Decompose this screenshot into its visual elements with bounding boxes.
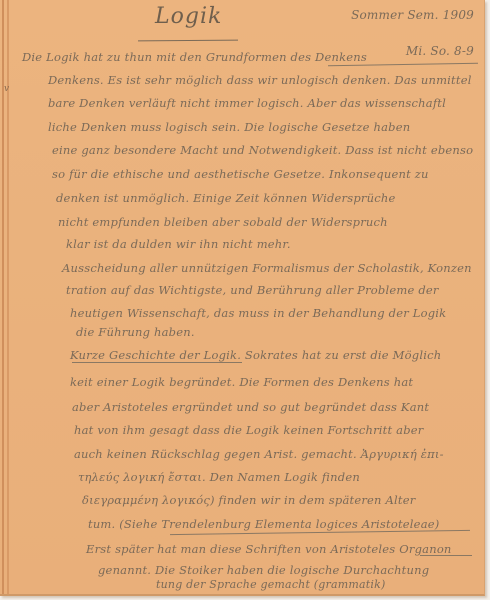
text-line: Kurze Geschichte der Logik. Sokrates hat…	[70, 348, 441, 362]
organon-underline	[420, 555, 472, 556]
text-line: τηλεύς λογική ἔσται. Den Namen Logik fin…	[78, 470, 360, 484]
text-line: eine ganz besondere Macht und Notwendigk…	[52, 143, 473, 157]
text-line: Denkens. Es ist sehr möglich dass wir un…	[48, 73, 472, 87]
text-line: hat von ihm gesagt dass die Logik keinen…	[74, 423, 424, 437]
text-line: so für die ethische und aesthetische Ges…	[52, 167, 429, 181]
text-line: keit einer Logik begründet. Die Formen d…	[70, 375, 413, 389]
text-line: Ausscheidung aller unnützigen Formalismu…	[62, 261, 472, 275]
text-line: nicht empfunden bleiben aber sobald der …	[58, 215, 388, 229]
semester-label: Sommer Sem. 1909	[351, 8, 474, 22]
text-line: tum. (Siehe Trendelenburg Elementa logic…	[88, 517, 439, 531]
manuscript-page: v Logik Sommer Sem. 1909 Die Logik hat z…	[0, 0, 485, 596]
text-line: die Führung haben.	[76, 325, 195, 339]
text-line: aber Aristoteles ergründet und so gut be…	[72, 400, 429, 414]
line-text: Die Logik hat zu thun mit den Grundforme…	[22, 50, 367, 64]
title-underline	[138, 40, 238, 42]
text-line: Die Logik hat zu thun mit den Grundforme…	[22, 50, 367, 64]
text-line: klar ist da dulden wir ihn nicht mehr.	[66, 237, 291, 251]
text-line: διεγραμμένη λογικός) finden wir in dem s…	[82, 493, 415, 507]
text-line: genannt. Die Stoiker haben die logische …	[98, 563, 429, 577]
page-title: Logik	[155, 4, 222, 29]
text-line: tung der Sprache gemacht (grammatik)	[156, 578, 385, 591]
text-line: heutigen Wissenschaft, das muss in der B…	[70, 306, 446, 320]
text-line: denken ist unmöglich. Einige Zeit können…	[56, 191, 395, 205]
schedule-label: Mi. So. 8-9	[406, 44, 474, 58]
margin-mark: v	[4, 84, 9, 94]
heading-underline	[72, 362, 242, 363]
text-line: auch keinen Rückschlag gegen Arist. gema…	[74, 447, 444, 461]
text-line: liche Denken muss logisch sein. Die logi…	[48, 120, 410, 134]
text-line: Erst später hat man diese Schriften von …	[86, 542, 452, 556]
text-line: tration auf das Wichtigste, und Berührun…	[66, 283, 439, 297]
text-line: bare Denken verläuft nicht immer logisch…	[48, 96, 446, 110]
